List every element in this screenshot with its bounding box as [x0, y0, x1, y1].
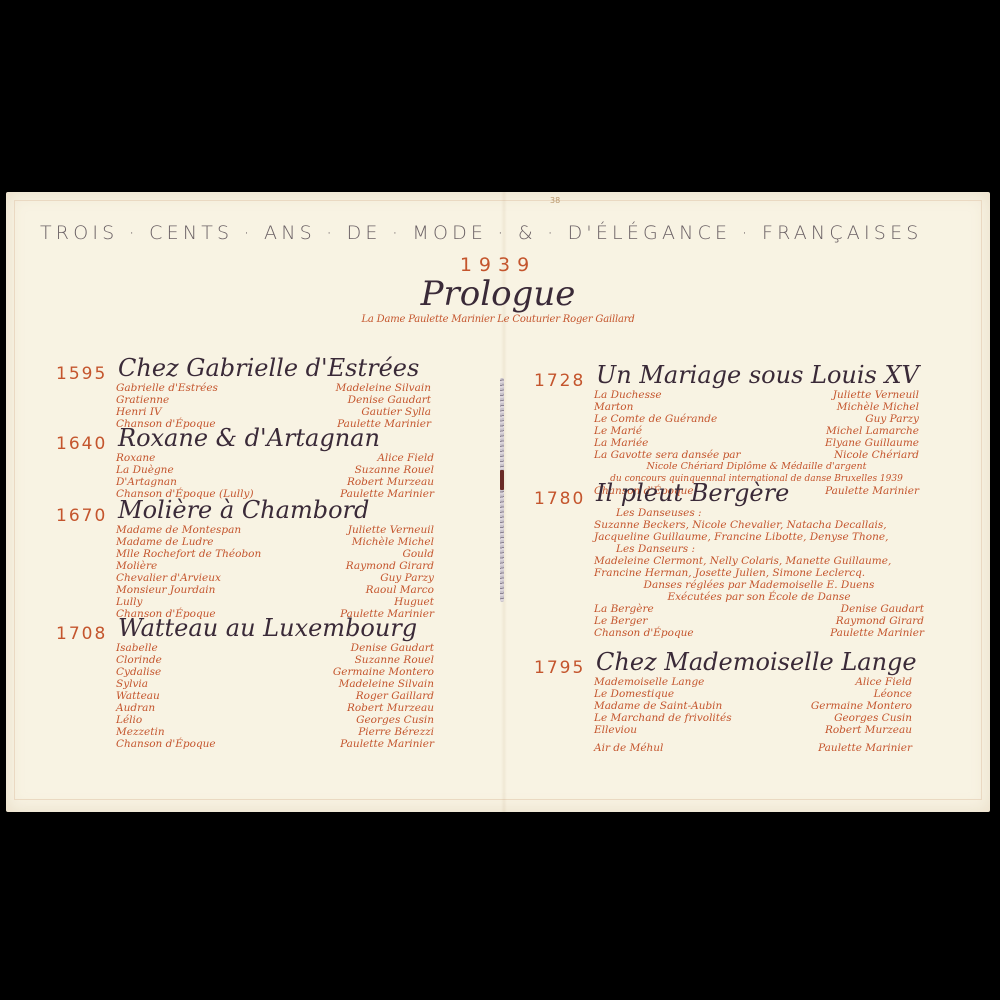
role: Le Berger — [594, 615, 647, 627]
actor: Guy Parzy — [865, 413, 919, 425]
cast-row: Madame de LudreMichèle Michel — [116, 536, 434, 548]
note-line: Les Danseuses : — [594, 507, 924, 519]
actor: Raoul Marco — [366, 584, 434, 596]
role: Watteau — [116, 690, 160, 702]
cast-row: Le Comte de GuérandeGuy Parzy — [594, 413, 919, 425]
actor: Gautier Sylla — [361, 406, 431, 418]
cast-row: MartonMichèle Michel — [594, 401, 919, 413]
actor: Michèle Michel — [837, 401, 919, 413]
actor: Madeleine Silvain — [336, 382, 431, 394]
role: La Mariée — [594, 437, 648, 449]
scene-year: 1708 — [56, 624, 107, 644]
role: Audran — [116, 702, 155, 714]
role: Le Marié — [594, 425, 642, 437]
scene-year: 1595 — [56, 364, 107, 384]
scene-title: Chez Mademoiselle Lange — [596, 648, 917, 676]
scene-title: Molière à Chambord — [118, 496, 369, 524]
scene-title: Chez Gabrielle d'Estrées — [118, 354, 419, 382]
actor: Pierre Bérezzi — [358, 726, 434, 738]
actor: Guy Parzy — [380, 572, 434, 584]
scene-year: 1728 — [534, 371, 585, 391]
actor: Germaine Montero — [811, 700, 912, 712]
role: Gratienne — [116, 394, 169, 406]
cast-row: RoxaneAlice Field — [116, 452, 434, 464]
actor: Denise Gaudart — [348, 394, 431, 406]
cast-row: Le BergerRaymond Girard — [594, 615, 924, 627]
actor: Georges Cusin — [356, 714, 434, 726]
role: Chevalier d'Arvieux — [116, 572, 221, 584]
role: Madame de Montespan — [116, 524, 241, 536]
role: Le Comte de Guérande — [594, 413, 717, 425]
cast-row: LullyHuguet — [116, 596, 434, 608]
actor: Suzanne Rouel — [355, 654, 434, 666]
role: Mlle Rochefort de Théobon — [116, 548, 261, 560]
actor: Madeleine Silvain — [339, 678, 434, 690]
role: Gabrielle d'Estrées — [116, 382, 218, 394]
cast-row: ElleviouRobert Murzeau — [594, 724, 912, 736]
role: La Gavotte sera dansée par — [594, 449, 741, 461]
note-line: Suzanne Beckers, Nicole Chevalier, Natac… — [594, 519, 924, 531]
actor: Paulette Marinier — [825, 485, 919, 497]
cast-row: Gabrielle d'EstréesMadeleine Silvain — [116, 382, 431, 394]
role: Cydalise — [116, 666, 161, 678]
role: Le Domestique — [594, 688, 674, 700]
actor: Juliette Verneuil — [833, 389, 919, 401]
cast-row: GratienneDenise Gaudart — [116, 394, 431, 406]
role: Clorinde — [116, 654, 162, 666]
actor: Alice Field — [377, 452, 434, 464]
note-text: Suzanne Beckers, Nicole Chevalier, Natac… — [594, 519, 887, 531]
cast-row: D'ArtagnanRobert Murzeau — [116, 476, 434, 488]
cast-row: La DuchesseJuliette Verneuil — [594, 389, 919, 401]
cast-row: ClorindeSuzanne Rouel — [116, 654, 434, 666]
role: Roxane — [116, 452, 155, 464]
actor: Michèle Michel — [352, 536, 434, 548]
role: Isabelle — [116, 642, 158, 654]
cast-list: Les Danseuses : Suzanne Beckers, Nicole … — [594, 507, 924, 639]
actor: Denise Gaudart — [351, 642, 434, 654]
role: La Duchesse — [594, 389, 662, 401]
binding-cord — [500, 378, 504, 602]
actor: Paulette Marinier — [830, 627, 924, 639]
actor: Germaine Montero — [333, 666, 434, 678]
page-header: TROIS · CENTS · ANS · DE · MODE · & · D'… — [40, 222, 980, 244]
actor: Robert Murzeau — [825, 724, 912, 736]
actor: Léonce — [874, 688, 912, 700]
cast-row: Henri IVGautier Sylla — [116, 406, 431, 418]
cast-list: IsabelleDenise Gaudart ClorindeSuzanne R… — [116, 642, 434, 750]
note-line: Exécutées par son École de Danse — [594, 591, 924, 603]
scene-title: Watteau au Luxembourg — [118, 614, 417, 642]
scene-title: Il pleut Bergère — [596, 479, 789, 507]
role: La Bergère — [594, 603, 654, 615]
role: Air de Méhul — [594, 742, 663, 754]
prologue-title: Prologue — [6, 274, 990, 314]
role: D'Artagnan — [116, 476, 177, 488]
actor: Paulette Marinier — [340, 738, 434, 750]
cast-list: Gabrielle d'EstréesMadeleine Silvain Gra… — [116, 382, 431, 430]
role: Sylvia — [116, 678, 148, 690]
actor: Roger Gaillard — [356, 690, 434, 702]
role: Elleviou — [594, 724, 637, 736]
role: Lully — [116, 596, 142, 608]
cast-row: Mademoiselle LangeAlice Field — [594, 676, 912, 688]
cast-row: La Gavotte sera dansée parNicole Chériar… — [594, 449, 919, 461]
prologue-subtitle: La Dame Paulette Marinier Le Couturier R… — [6, 314, 990, 325]
cast-row: CydaliseGermaine Montero — [116, 666, 434, 678]
note-line: Nicole Chériard Diplôme & Médaille d'arg… — [594, 461, 919, 473]
role: Henri IV — [116, 406, 162, 418]
page-number: 38 — [550, 196, 560, 205]
cast-row: IsabelleDenise Gaudart — [116, 642, 434, 654]
note-text: Danses réglées par Mademoiselle E. Duens — [644, 579, 875, 591]
cast-row: Le MariéMichel Lamarche — [594, 425, 919, 437]
prologue-year: 1939 — [6, 254, 990, 276]
actor: Raymond Girard — [836, 615, 924, 627]
cast-list: RoxaneAlice Field La DuègneSuzanne Rouel… — [116, 452, 434, 500]
actor: Robert Murzeau — [347, 476, 434, 488]
actor: Alice Field — [855, 676, 912, 688]
actor: Denise Gaudart — [841, 603, 924, 615]
cast-row: WatteauRoger Gaillard — [116, 690, 434, 702]
role: Madame de Ludre — [116, 536, 213, 548]
actor: Suzanne Rouel — [355, 464, 434, 476]
actor: Elyane Guillaume — [825, 437, 919, 449]
cast-row: La DuègneSuzanne Rouel — [116, 464, 434, 476]
cast-row: La BergèreDenise Gaudart — [594, 603, 924, 615]
note-text: Exécutées par son École de Danse — [667, 591, 850, 603]
note-text: Nicole Chériard Diplôme & Médaille d'arg… — [647, 461, 867, 472]
cast-row: MolièreRaymond Girard — [116, 560, 434, 572]
scene-title: Un Mariage sous Louis XV — [596, 361, 919, 389]
actor: Paulette Marinier — [818, 742, 912, 754]
actor: Nicole Chériard — [834, 449, 919, 461]
role: Lélio — [116, 714, 142, 726]
cast-row: LélioGeorges Cusin — [116, 714, 434, 726]
actor: Robert Murzeau — [347, 702, 434, 714]
note-line: Les Danseurs : — [594, 543, 924, 555]
cast-row: Chanson d'ÉpoquePaulette Marinier — [594, 627, 924, 639]
scene-title: Roxane & d'Artagnan — [118, 424, 380, 452]
scene-year: 1795 — [534, 658, 585, 678]
note-line: Francine Herman, Josette Julien, Simone … — [594, 567, 924, 579]
cast-row: Chevalier d'ArvieuxGuy Parzy — [116, 572, 434, 584]
cast-row: Air de MéhulPaulette Marinier — [594, 742, 912, 754]
note-line: Danses réglées par Mademoiselle E. Duens — [594, 579, 924, 591]
note-text: Madeleine Clermont, Nelly Colaris, Manet… — [594, 555, 891, 567]
cast-list: Madame de MontespanJuliette Verneuil Mad… — [116, 524, 434, 620]
cast-row: Chanson d'ÉpoquePaulette Marinier — [116, 738, 434, 750]
cast-row: Madame de Saint-AubinGermaine Montero — [594, 700, 912, 712]
actor: Juliette Verneuil — [348, 524, 434, 536]
scene-year: 1640 — [56, 434, 107, 454]
actor: Michel Lamarche — [826, 425, 919, 437]
program-card: 38 TROIS · CENTS · ANS · DE · MODE · & ·… — [6, 192, 990, 812]
note-line: Madeleine Clermont, Nelly Colaris, Manet… — [594, 555, 924, 567]
scene-year: 1670 — [56, 506, 107, 526]
cast-row: La MariéeElyane Guillaume — [594, 437, 919, 449]
role: Madame de Saint-Aubin — [594, 700, 722, 712]
cast-row: SylviaMadeleine Silvain — [116, 678, 434, 690]
cast-row: Monsieur JourdainRaoul Marco — [116, 584, 434, 596]
role: Mezzetin — [116, 726, 165, 738]
cast-list: Mademoiselle LangeAlice Field Le Domesti… — [594, 676, 912, 754]
actor: Raymond Girard — [346, 560, 434, 572]
role: Molière — [116, 560, 157, 572]
note-text: Les Danseuses : — [616, 507, 702, 519]
note-text: Francine Herman, Josette Julien, Simone … — [594, 567, 865, 579]
scene-year: 1780 — [534, 489, 585, 509]
role: La Duègne — [116, 464, 174, 476]
cast-row: MezzetinPierre Bérezzi — [116, 726, 434, 738]
actor: Georges Cusin — [834, 712, 912, 724]
cast-row: AudranRobert Murzeau — [116, 702, 434, 714]
actor: Gould — [402, 548, 434, 560]
note-text: Les Danseurs : — [616, 543, 695, 555]
role: Monsieur Jourdain — [116, 584, 215, 596]
role: Mademoiselle Lange — [594, 676, 704, 688]
cast-row: Madame de MontespanJuliette Verneuil — [116, 524, 434, 536]
note-line: Jacqueline Guillaume, Francine Libotte, … — [594, 531, 924, 543]
cast-row: Le DomestiqueLéonce — [594, 688, 912, 700]
cast-row: Mlle Rochefort de ThéobonGould — [116, 548, 434, 560]
role: Chanson d'Époque — [594, 627, 694, 639]
actor: Huguet — [394, 596, 434, 608]
role: Le Marchand de frivolités — [594, 712, 732, 724]
role: Marton — [594, 401, 633, 413]
cast-row: Le Marchand de frivolitésGeorges Cusin — [594, 712, 912, 724]
role: Chanson d'Époque — [116, 738, 216, 750]
note-text: Jacqueline Guillaume, Francine Libotte, … — [594, 531, 888, 543]
